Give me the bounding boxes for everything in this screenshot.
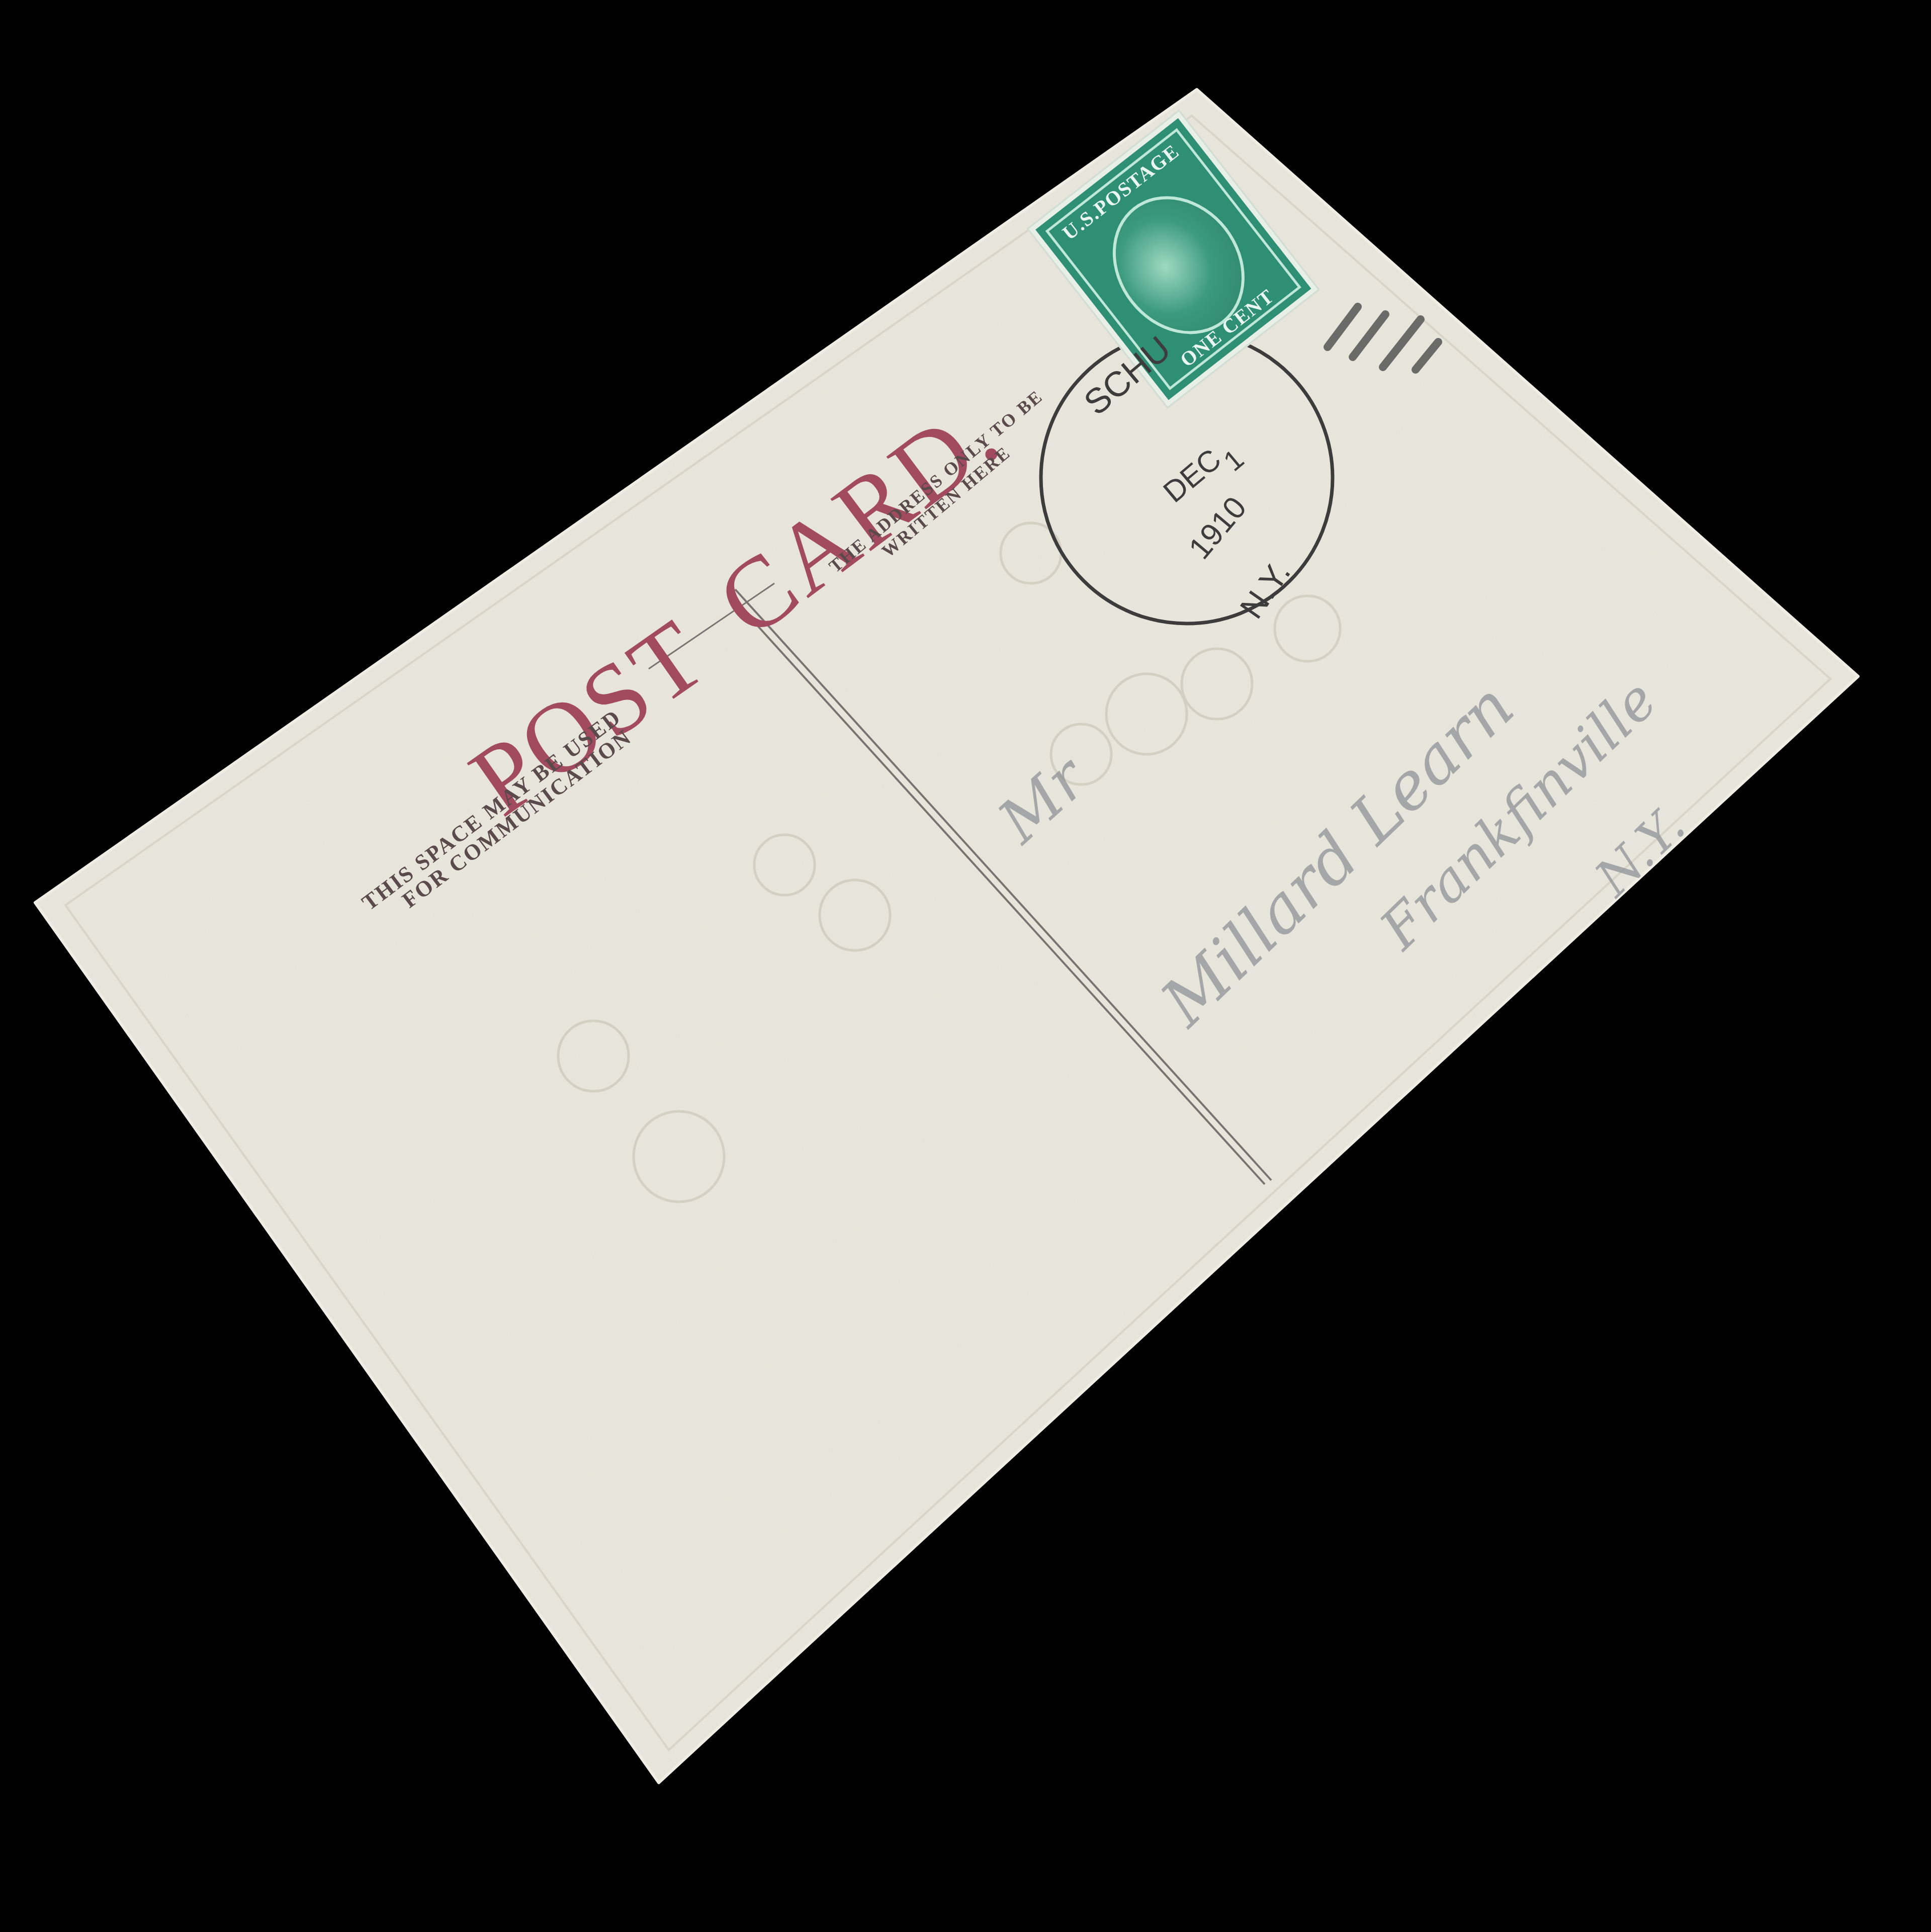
photo-scene: POST CARD. THIS SPACE MAY BE USED FOR CO… bbox=[0, 0, 1931, 1932]
postcard-shape bbox=[0, 0, 1931, 1932]
